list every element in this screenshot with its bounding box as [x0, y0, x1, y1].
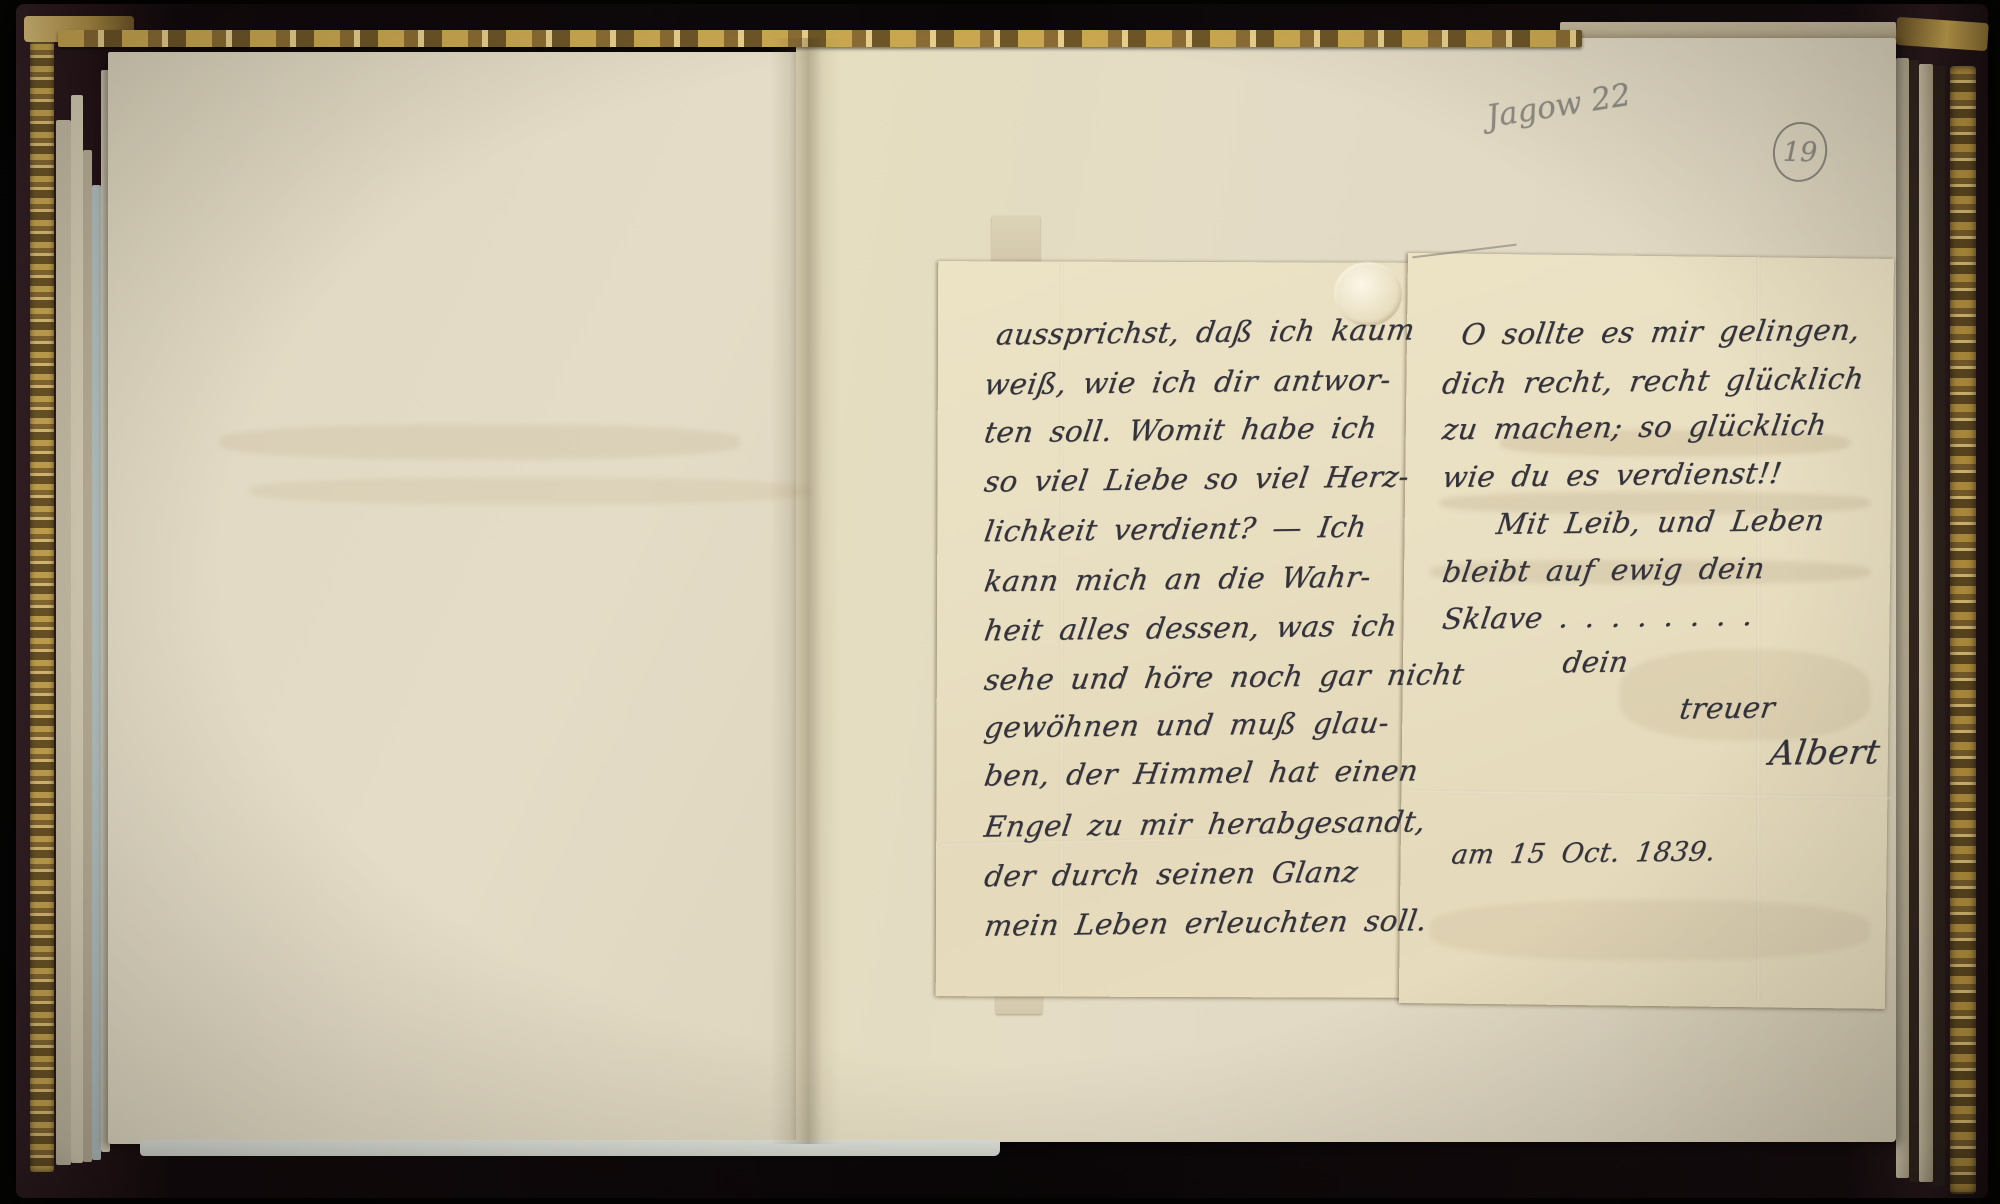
letter-line: ben, der Himmel hat einen: [982, 753, 1420, 792]
letter-closing: treuer: [1677, 690, 1777, 725]
page-edge-gap: [1909, 60, 1919, 1182]
letter-line: Sklave . . . . . . . .: [1440, 598, 1755, 636]
letter-line: O sollte es mir gelingen,: [1459, 313, 1862, 352]
letter-line: Mit Leib, und Leben: [1494, 503, 1827, 541]
mounting-hinge-top: [992, 216, 1040, 268]
letter-line: dich recht, recht glücklich: [1440, 361, 1866, 400]
page-edge-stack: [1896, 58, 1909, 1178]
show-through-mark: [1430, 900, 1870, 960]
letter-line: Engel zu mir herabgesandt,: [982, 804, 1428, 843]
letter-line: wie du es verdienst!!: [1440, 456, 1784, 494]
show-through-mark: [250, 478, 810, 504]
letter-line: weiß, wie ich dir antwor-: [982, 363, 1393, 402]
gilt-border-left: [30, 22, 54, 1172]
letter-line: heit alles dessen, was ich: [982, 608, 1399, 647]
letter-line: gewöhnen und muß glau-: [982, 706, 1391, 745]
letter-date: am 15 Oct. 1839.: [1449, 836, 1717, 870]
letter-line: der durch seinen Glanz: [982, 855, 1360, 894]
book-gutter-shadow: [770, 38, 840, 1144]
letter-line: ten soll. Womit habe ich: [982, 411, 1379, 450]
folio-number: 19: [1783, 136, 1818, 168]
page-edge-stack-blue: [92, 185, 101, 1160]
show-through-mark: [220, 425, 740, 459]
left-album-page: [108, 52, 796, 1144]
page-edge-gap: [1933, 66, 1945, 1186]
signature-albert: Albert: [1767, 732, 1883, 773]
page-edge-stack: [56, 120, 71, 1165]
letter-line: mein Leben erleuchten soll.: [982, 903, 1429, 942]
letter-line: lichkeit verdient? — Ich: [982, 510, 1369, 549]
letter-line: zu machen; so glücklich: [1440, 408, 1829, 447]
page-edge-stack: [71, 95, 83, 1163]
page-bottom-edge: [140, 1140, 1000, 1156]
page-edge-stack: [1919, 64, 1933, 1182]
letter-line: aussprichst, daß ich kaum: [994, 312, 1417, 351]
page-edge-stack: [83, 150, 92, 1162]
letter-line: kann mich an die Wahr-: [982, 560, 1373, 599]
gilt-border-right: [1950, 66, 1976, 1194]
letter-line: so viel Liebe so viel Herz-: [982, 459, 1411, 498]
letter-line: sehe und höre noch gar nicht: [982, 657, 1466, 697]
letter-line: bleibt auf ewig dein: [1440, 551, 1767, 589]
letter-closing: dein: [1560, 645, 1630, 680]
